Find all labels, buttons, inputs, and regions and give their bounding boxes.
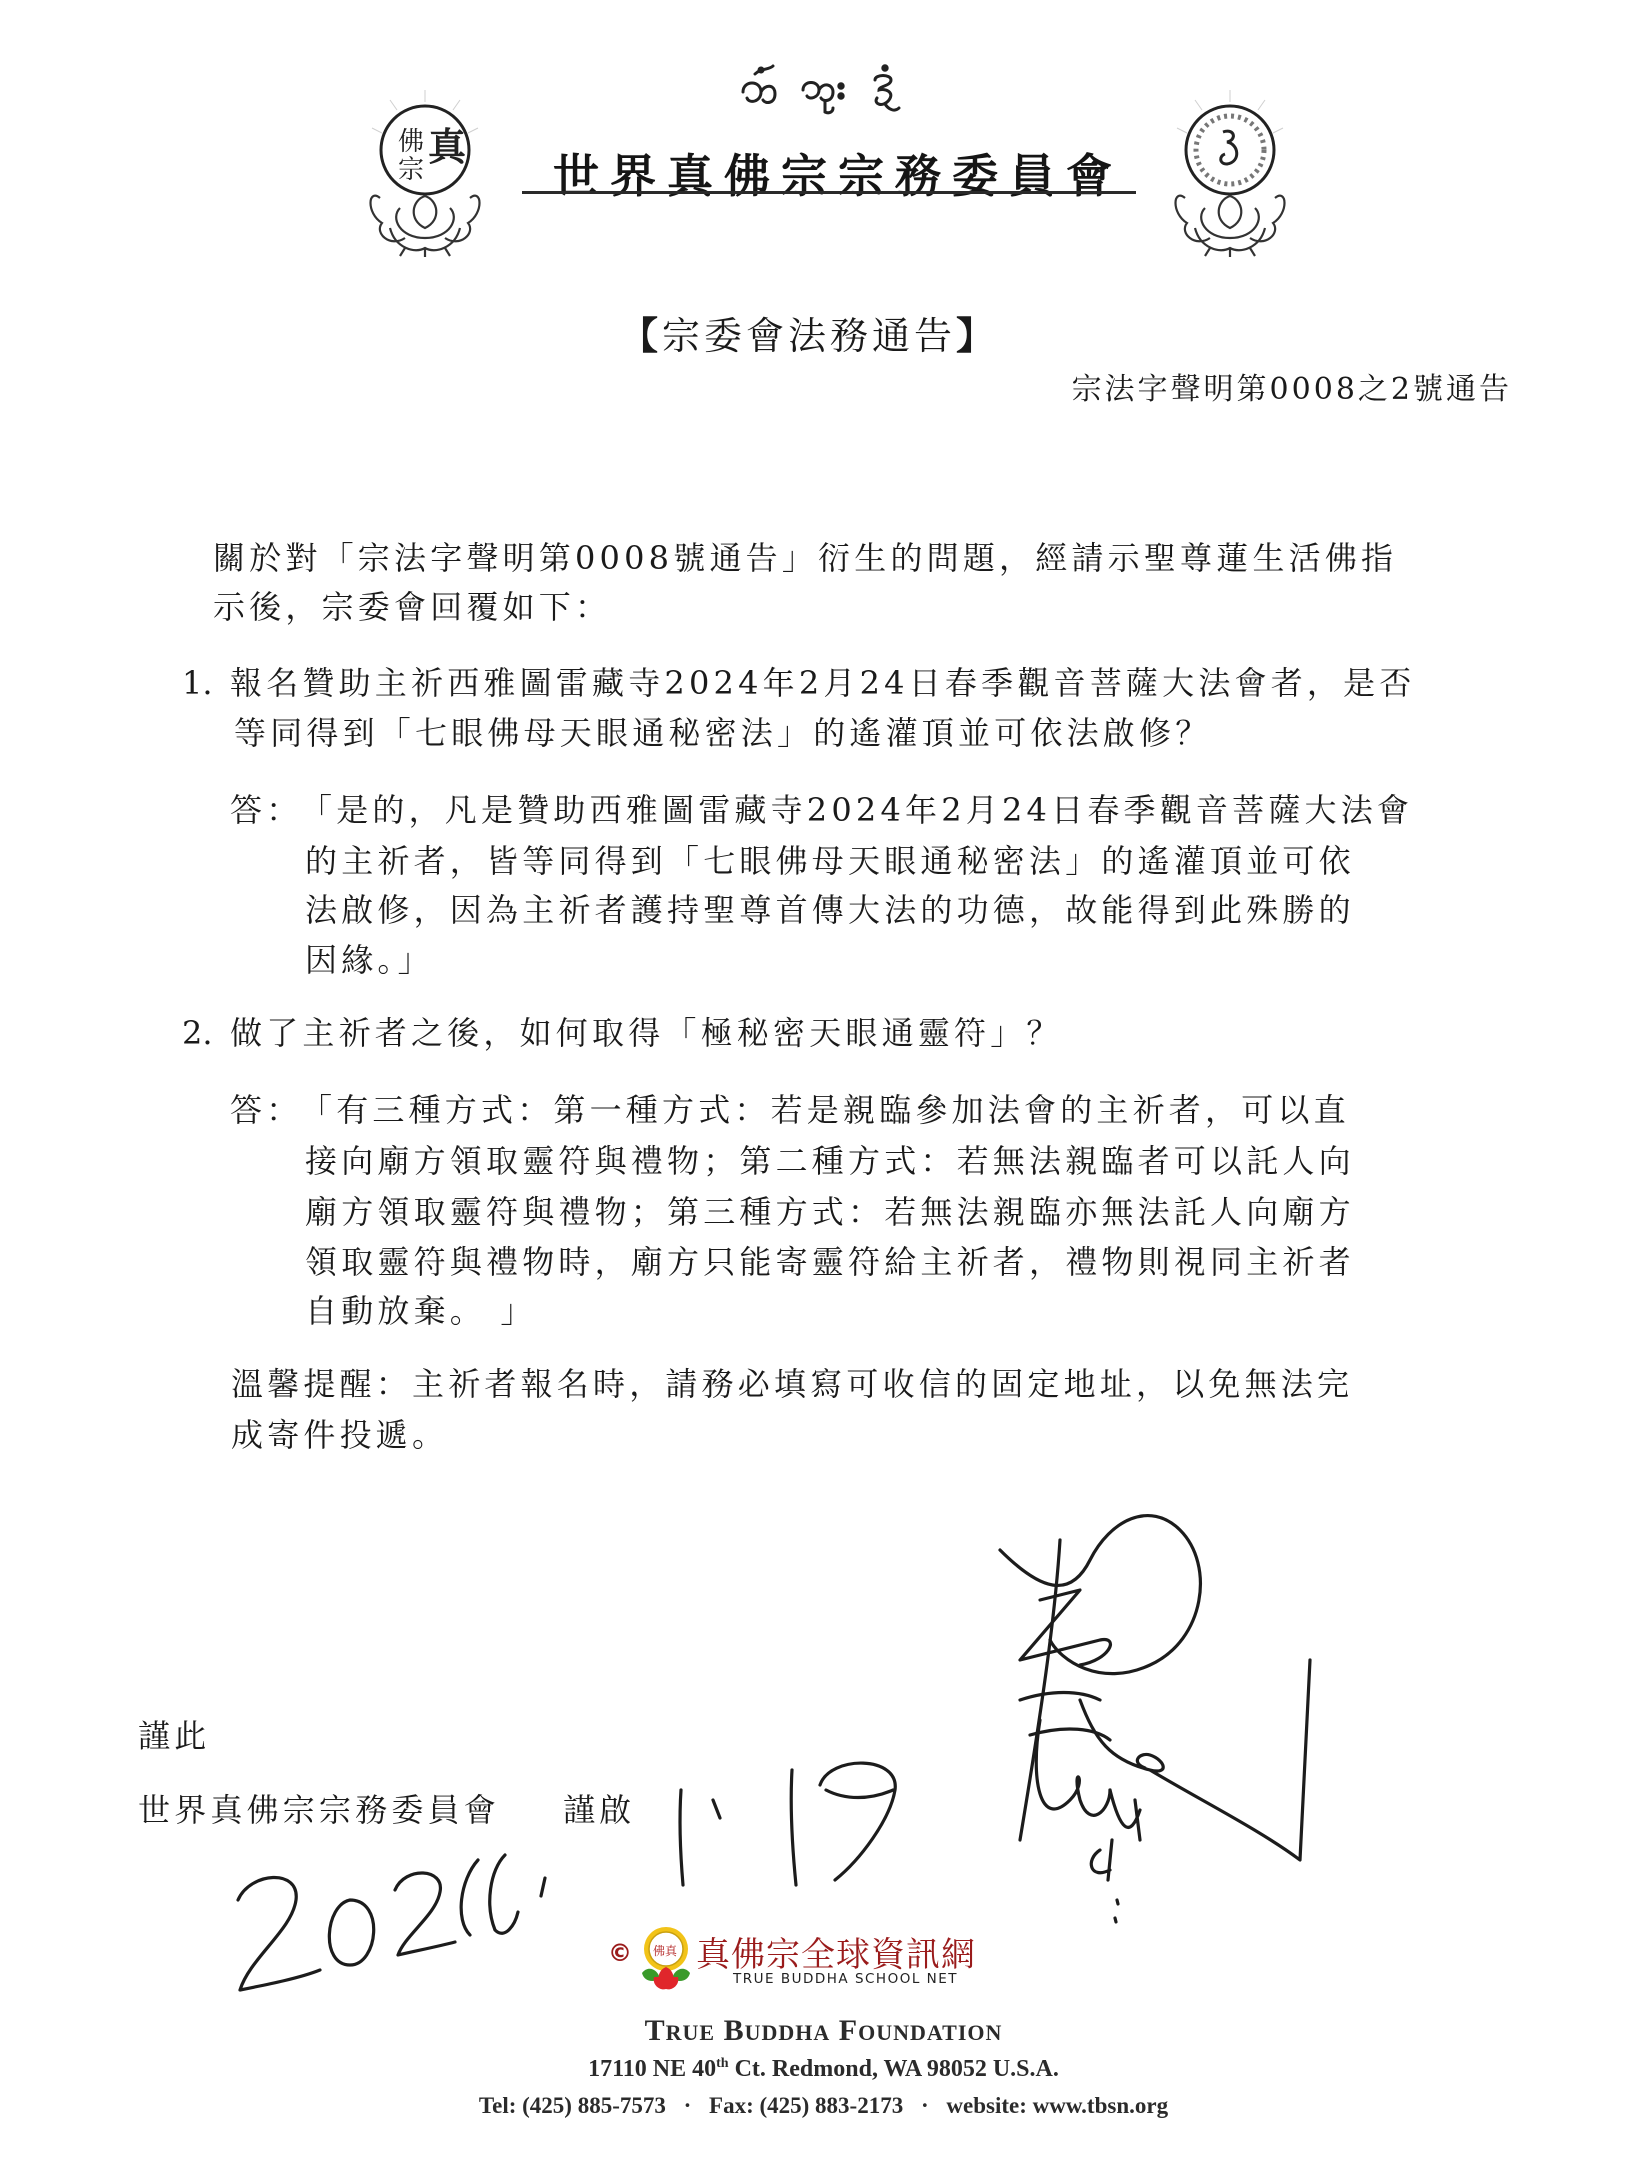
signatory: 世界真佛宗宗務委員會 <box>138 1790 500 1830</box>
question-line: 等同得到「七眼佛母天眼通秘密法」的遙灌頂並可依法啟修？ <box>234 713 1211 753</box>
heading-text: 宗委會法務通告 <box>662 314 956 358</box>
answer-line: 自動放棄。 」 <box>305 1291 537 1331</box>
answer-label: 答： <box>230 1090 302 1130</box>
answer-line: 因緣。」 <box>305 940 434 980</box>
date-digit-1 <box>791 1770 796 1885</box>
svg-text:真: 真 <box>428 124 468 169</box>
item-number: 2. <box>182 1013 213 1053</box>
fax: Fax: (425) 883-2173 <box>709 2093 903 2118</box>
date-digit-4 <box>461 1855 518 1935</box>
answer-line: 廟方領取靈符與禮物；第三種方式：若無法親臨亦無法託人向廟方 <box>305 1192 1355 1232</box>
heading-bracket-close: 】 <box>956 313 998 358</box>
heading-bracket-open: 【 <box>620 313 662 358</box>
mantra-wheel-seal-logo-right <box>1165 88 1295 258</box>
website: website: www.tbsn.org <box>946 2093 1168 2118</box>
answer-line: 的主祈者，皆等同得到「七眼佛母天眼通秘密法」的遙灌頂並可依 <box>305 841 1355 881</box>
reminder-line: 溫馨提醒：主祈者報名時，請務必填寫可收信的固定地址，以免無法完 <box>231 1364 1353 1404</box>
question-line: 做了主祈者之後，如何取得「極秘密天眼通靈符」？ <box>230 1013 1063 1053</box>
date-digit-1 <box>680 1790 683 1885</box>
date-digit-0 <box>329 1900 373 1965</box>
tbsn-watermark: © 佛真 真佛宗全球資訊網 TRUE BUDDHA SCHOOL NET <box>608 1925 988 1997</box>
salutation: 謹此 <box>138 1716 210 1756</box>
organization-title: 世界真佛宗宗務委員會 <box>538 140 1138 206</box>
svg-text:佛真: 佛真 <box>653 1943 678 1958</box>
answer-line: 「有三種方式：第一種方式：若是親臨參加法會的主祈者，可以直 <box>300 1090 1350 1130</box>
telephone: Tel: (425) 885-7573 <box>479 2093 666 2118</box>
answer-label: 答： <box>230 790 302 830</box>
date-digit-9 <box>820 1763 895 1880</box>
separator: · <box>921 2093 929 2118</box>
answer-line: 法啟修，因為主祈者護持聖尊首傳大法的功德，故能得到此殊勝的 <box>305 890 1355 930</box>
answer-line: 「是的，凡是贊助西雅圖雷藏寺2024年2月24日春季觀音菩薩大法會 <box>300 790 1413 830</box>
answer-line: 接向廟方領取靈符與禮物；第二種方式：若無法親臨者可以託人向 <box>305 1141 1355 1181</box>
foundation-address: 17110 NE 40th Ct. Redmond, WA 98052 U.S.… <box>0 2056 1647 2083</box>
reference-number: 宗法字聲明第0008之2號通告 <box>1072 364 1512 408</box>
answer-line: 領取靈符與禮物時，廟方只能寄靈符給主祈者，禮物則視同主祈者 <box>305 1242 1355 1282</box>
true-buddha-seal-logo-left: 佛 真 宗 <box>360 88 490 258</box>
brand-english-name: TRUE BUDDHA SCHOOL NET <box>733 1971 958 1987</box>
reminder-line: 成寄件投遞。 <box>231 1415 448 1455</box>
title-underline <box>522 191 1136 194</box>
foundation-name: TRUE BUDDHA FOUNDATION <box>0 2014 1647 2048</box>
intro-line: 示後，宗委會回覆如下： <box>213 587 611 627</box>
separator: · <box>684 2093 692 2118</box>
svg-text:宗: 宗 <box>398 155 424 185</box>
tbsn-lotus-logo-icon: 佛真 <box>638 1925 694 1995</box>
brand-chinese-name: 真佛宗全球資訊網 <box>696 1927 976 1976</box>
mantra-script <box>735 62 915 118</box>
date-digit-2 <box>238 1877 320 1990</box>
question-line: 報名贊助主祈西雅圖雷藏寺2024年2月24日春季觀音菩薩大法會者，是否 <box>230 663 1416 703</box>
svg-text:佛: 佛 <box>398 127 424 157</box>
foundation-contact: Tel: (425) 885-7573 · Fax: (425) 883-217… <box>0 2093 1647 2119</box>
date-digit-2 <box>395 1873 455 1955</box>
item-number: 1. <box>182 663 213 703</box>
sign-off: 謹啟 <box>563 1790 635 1830</box>
intro-line: 關於對「宗法字聲明第0008號通告」衍生的問題，經請示聖尊蓮生活佛指 <box>213 538 1397 578</box>
copyright-symbol: © <box>608 1939 632 1967</box>
notice-heading: 【宗委會法務通告】 <box>620 305 998 360</box>
